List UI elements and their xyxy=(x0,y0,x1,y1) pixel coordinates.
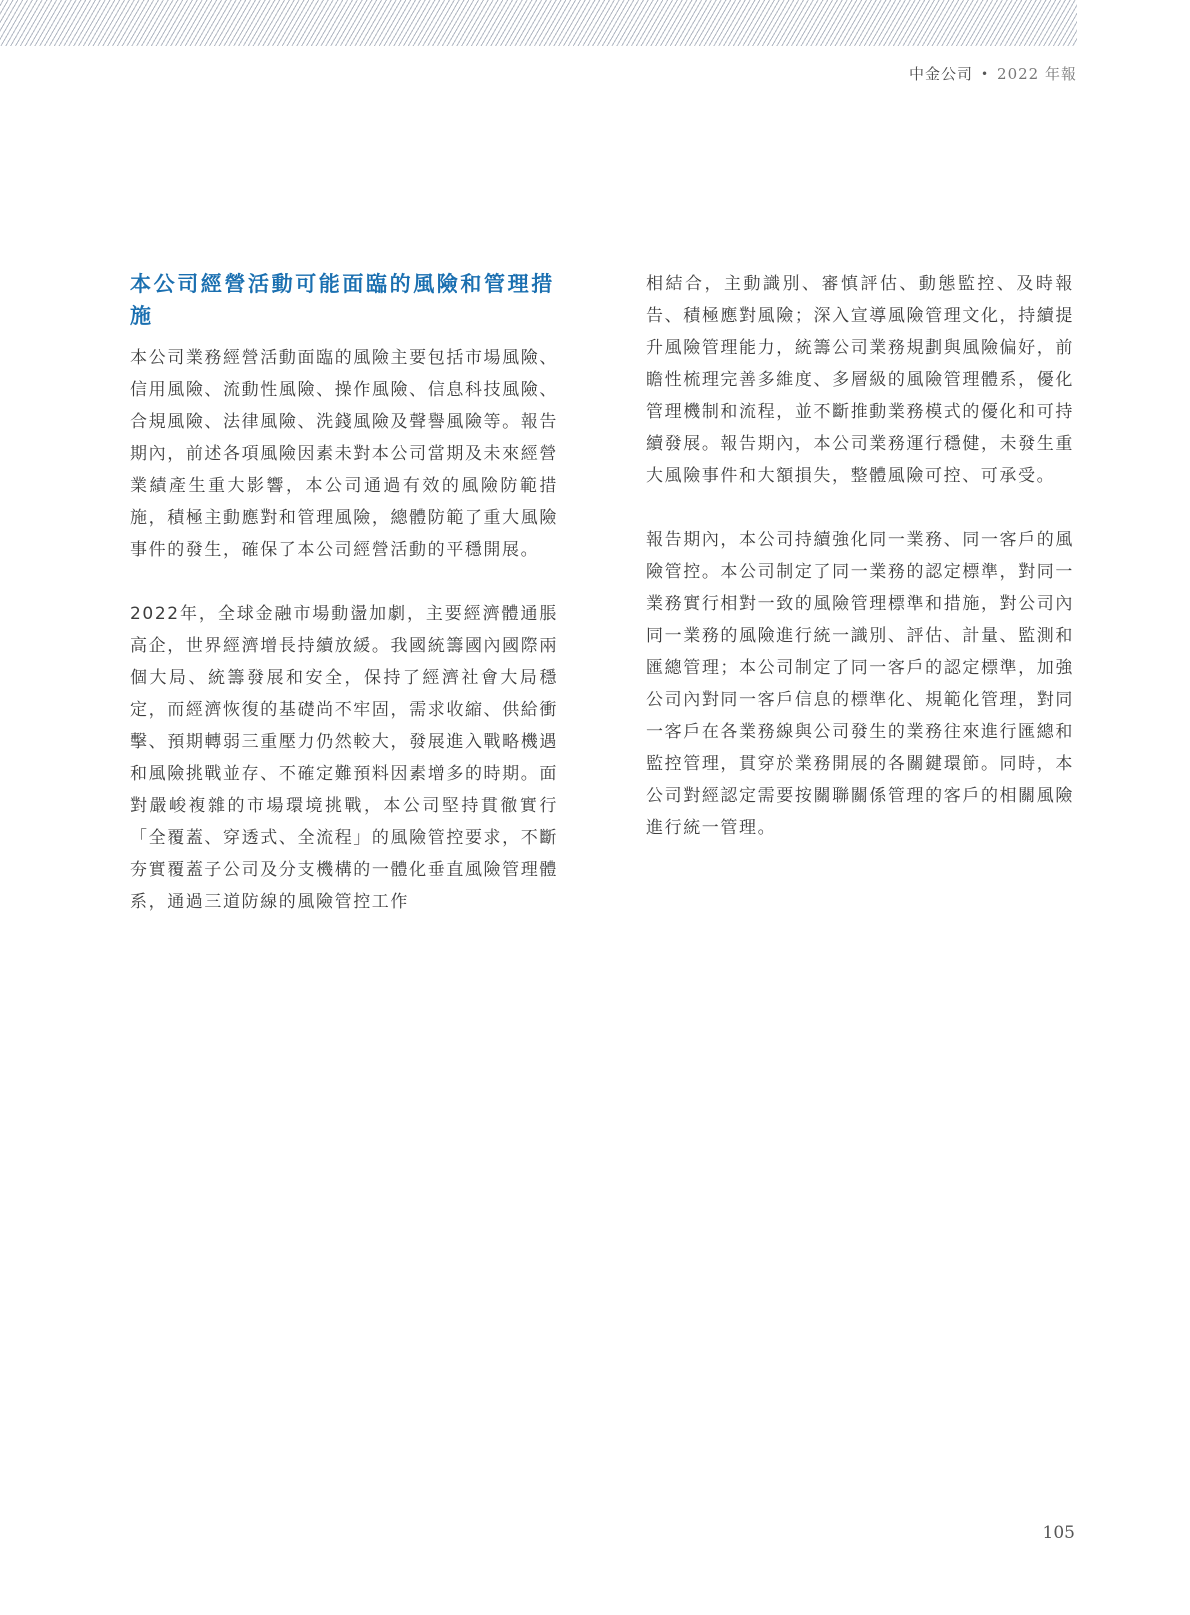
header-company: 中金公司 xyxy=(909,63,973,84)
right-column: 相結合，主動識別、審慎評估、動態監控、及時報告、積極應對風險；深入宣導風險管理文… xyxy=(646,268,1074,844)
paragraph: 報告期內，本公司持續強化同一業務、同一客戶的風險管控。本公司制定了同一業務的認定… xyxy=(646,524,1074,844)
paragraph: 2022年，全球金融市場動盪加劇，主要經濟體通脹高企，世界經濟增長持續放緩。我國… xyxy=(130,598,558,918)
section-heading: 本公司經營活動可能面臨的風險和管理措施 xyxy=(130,268,558,332)
running-header: 中金公司 • 2022 年報 xyxy=(909,63,1077,84)
paragraph: 相結合，主動識別、審慎評估、動態監控、及時報告、積極應對風險；深入宣導風險管理文… xyxy=(646,268,1074,492)
left-column: 本公司經營活動可能面臨的風險和管理措施 本公司業務經營活動面臨的風險主要包括市場… xyxy=(130,268,558,918)
header-separator-icon: • xyxy=(981,67,989,81)
page-number: 105 xyxy=(1043,1523,1075,1543)
decorative-hatch-band xyxy=(0,0,1077,46)
header-report-title: 2022 年報 xyxy=(997,63,1077,84)
paragraph: 本公司業務經營活動面臨的風險主要包括市場風險、信用風險、流動性風險、操作風險、信… xyxy=(130,342,558,566)
